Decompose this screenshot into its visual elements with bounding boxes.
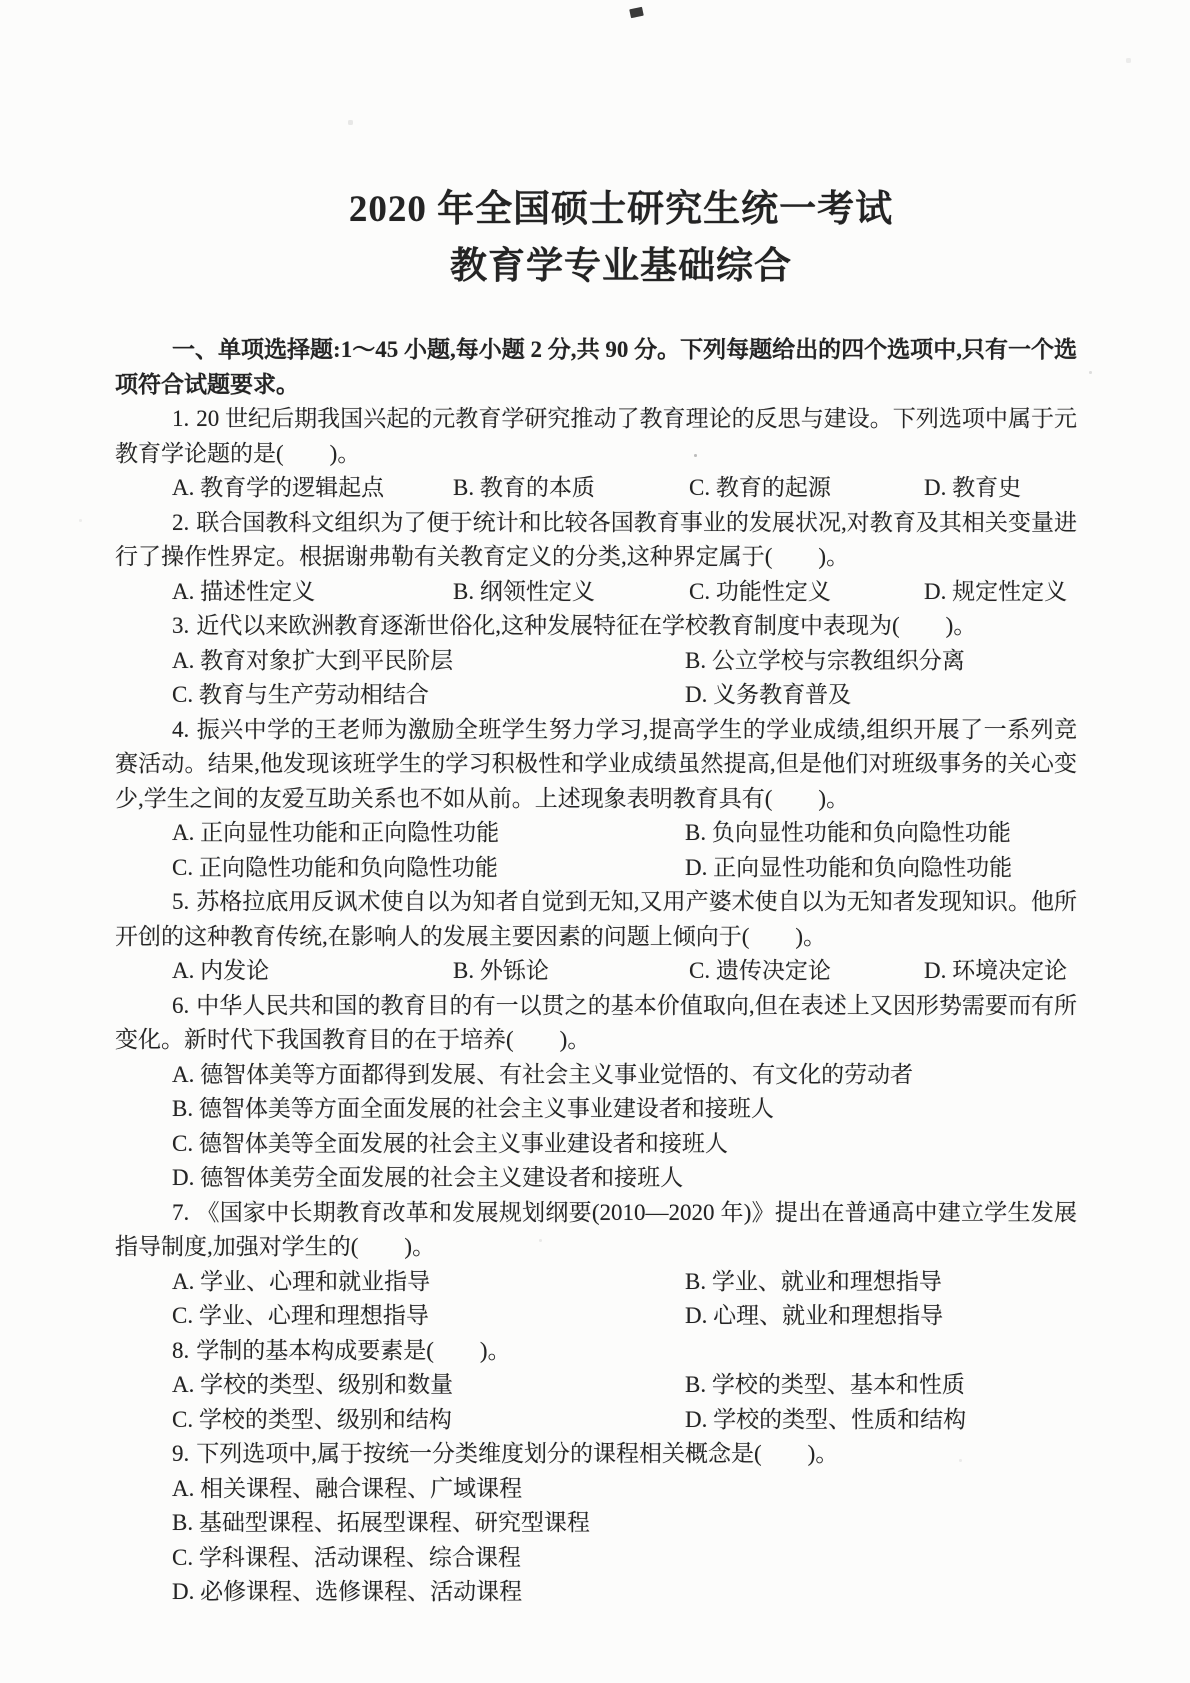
option-row: C. 教育与生产劳动相结合D. 义务教育普及	[115, 678, 1077, 713]
option-C: C. 学科课程、活动课程、综合课程	[172, 1541, 1077, 1576]
option-D: D. 学校的类型、性质和结构	[685, 1403, 1077, 1438]
option-row: A. 正向显性功能和正向隐性功能B. 负向显性功能和负向隐性功能	[115, 816, 1077, 851]
question-number: 1.	[172, 406, 189, 431]
question-stem-text: 《国家中长期教育改革和发展规划纲要(2010—2020 年)》提出在普通高中建立…	[115, 1200, 1077, 1260]
option-D: D. 教育史	[924, 471, 1077, 506]
question-stem: 1.20 世纪后期我国兴起的元教育学研究推动了教育理论的反思与建设。下列选项中属…	[115, 402, 1077, 471]
option-D: D. 必修课程、选修课程、活动课程	[172, 1575, 1077, 1610]
option-A: A. 德智体美等方面都得到发展、有社会主义事业觉悟的、有文化的劳动者	[172, 1058, 1077, 1093]
option-C: C. 学业、心理和理想指导	[172, 1299, 685, 1334]
option-C: C. 正向隐性功能和负向隐性功能	[172, 851, 685, 886]
option-B: B. 外铄论	[453, 954, 689, 989]
question-stem: 8.学制的基本构成要素是( )。	[115, 1334, 1077, 1369]
option-row: A. 描述性定义B. 纲领性定义C. 功能性定义D. 规定性定义	[115, 575, 1077, 610]
option-row: C. 德智体美等全面发展的社会主义事业建设者和接班人	[115, 1127, 1077, 1162]
question-2: 2.联合国教科文组织为了便于统计和比较各国教育事业的发展状况,对教育及其相关变量…	[115, 506, 1077, 610]
question-number: 2.	[172, 510, 189, 535]
question-5: 5.苏格拉底用反讽术使自以为知者自觉到无知,又用产婆术使自以为无知者发现知识。他…	[115, 885, 1077, 989]
option-D: D. 环境决定论	[924, 954, 1077, 989]
question-4: 4.振兴中学的王老师为激励全班学生努力学习,提高学生的学业成绩,组织开展了一系列…	[115, 713, 1077, 886]
option-B: B. 公立学校与宗教组织分离	[685, 644, 1077, 679]
exam-page: 2020 年全国硕士研究生统一考试 教育学专业基础综合 一、单项选择题:1～45…	[0, 0, 1190, 1683]
option-row: D. 必修课程、选修课程、活动课程	[115, 1575, 1077, 1610]
option-B: B. 学校的类型、基本和性质	[685, 1368, 1077, 1403]
option-D: D. 义务教育普及	[685, 678, 1077, 713]
scan-noise	[0, 0, 1, 1]
question-stem: 5.苏格拉底用反讽术使自以为知者自觉到无知,又用产婆术使自以为无知者发现知识。他…	[115, 885, 1077, 954]
question-number: 9.	[172, 1441, 189, 1466]
exam-title-line2: 教育学专业基础综合	[140, 245, 1102, 289]
question-stem-text: 20 世纪后期我国兴起的元教育学研究推动了教育理论的反思与建设。下列选项中属于元…	[115, 406, 1077, 466]
option-C: C. 功能性定义	[689, 575, 924, 610]
option-D: D. 规定性定义	[924, 575, 1077, 610]
option-row: A. 内发论B. 外铄论C. 遗传决定论D. 环境决定论	[115, 954, 1077, 989]
title-block: 2020 年全国硕士研究生统一考试 教育学专业基础综合	[140, 188, 1102, 289]
option-row: A. 教育学的逻辑起点B. 教育的本质C. 教育的起源D. 教育史	[115, 471, 1077, 506]
option-B: B. 纲领性定义	[453, 575, 689, 610]
option-A: A. 教育学的逻辑起点	[172, 471, 453, 506]
question-stem: 7.《国家中长期教育改革和发展规划纲要(2010—2020 年)》提出在普通高中…	[115, 1196, 1077, 1265]
section-header: 一、单项选择题:1～45 小题,每小题 2 分,共 90 分。下列每题给出的四个…	[115, 333, 1077, 402]
question-stem-text: 近代以来欧洲教育逐渐世俗化,这种发展特征在学校教育制度中表现为( )。	[196, 613, 976, 638]
option-B: B. 基础型课程、拓展型课程、研究型课程	[172, 1506, 1077, 1541]
option-A: A. 描述性定义	[172, 575, 453, 610]
option-B: B. 学业、就业和理想指导	[685, 1265, 1077, 1300]
scan-artifact	[629, 7, 644, 19]
option-A: A. 学业、心理和就业指导	[172, 1265, 685, 1300]
question-stem-text: 学制的基本构成要素是( )。	[196, 1338, 510, 1363]
option-C: C. 德智体美等全面发展的社会主义事业建设者和接班人	[172, 1127, 1077, 1162]
option-row: C. 学校的类型、级别和结构D. 学校的类型、性质和结构	[115, 1403, 1077, 1438]
option-C: C. 学校的类型、级别和结构	[172, 1403, 685, 1438]
question-number: 7.	[172, 1200, 189, 1225]
option-A: A. 内发论	[172, 954, 453, 989]
question-stem: 6.中华人民共和国的教育目的有一以贯之的基本价值取向,但在表述上又因形势需要而有…	[115, 989, 1077, 1058]
option-row: A. 学校的类型、级别和数量B. 学校的类型、基本和性质	[115, 1368, 1077, 1403]
option-row: C. 学业、心理和理想指导D. 心理、就业和理想指导	[115, 1299, 1077, 1334]
option-row: B. 德智体美等方面全面发展的社会主义事业建设者和接班人	[115, 1092, 1077, 1127]
option-row: D. 德智体美劳全面发展的社会主义建设者和接班人	[115, 1161, 1077, 1196]
question-number: 8.	[172, 1338, 189, 1363]
question-number: 4.	[172, 717, 189, 742]
option-C: C. 教育与生产劳动相结合	[172, 678, 685, 713]
question-stem-text: 中华人民共和国的教育目的有一以贯之的基本价值取向,但在表述上又因形势需要而有所变…	[115, 993, 1077, 1053]
question-1: 1.20 世纪后期我国兴起的元教育学研究推动了教育理论的反思与建设。下列选项中属…	[115, 402, 1077, 506]
question-3: 3.近代以来欧洲教育逐渐世俗化,这种发展特征在学校教育制度中表现为( )。A. …	[115, 609, 1077, 713]
option-row: B. 基础型课程、拓展型课程、研究型课程	[115, 1506, 1077, 1541]
question-9: 9.下列选项中,属于按统一分类维度划分的课程相关概念是( )。A. 相关课程、融…	[115, 1437, 1077, 1610]
question-stem-text: 联合国教科文组织为了便于统计和比较各国教育事业的发展状况,对教育及其相关变量进行…	[115, 510, 1077, 570]
page-content: 2020 年全国硕士研究生统一考试 教育学专业基础综合 一、单项选择题:1～45…	[115, 188, 1077, 1610]
option-row: C. 学科课程、活动课程、综合课程	[115, 1541, 1077, 1576]
option-A: A. 教育对象扩大到平民阶层	[172, 644, 685, 679]
option-B: B. 德智体美等方面全面发展的社会主义事业建设者和接班人	[172, 1092, 1077, 1127]
question-number: 5.	[172, 889, 189, 914]
question-number: 6.	[172, 993, 189, 1018]
question-stem: 3.近代以来欧洲教育逐渐世俗化,这种发展特征在学校教育制度中表现为( )。	[115, 609, 1077, 644]
option-A: A. 相关课程、融合课程、广域课程	[172, 1472, 1077, 1507]
question-stem: 2.联合国教科文组织为了便于统计和比较各国教育事业的发展状况,对教育及其相关变量…	[115, 506, 1077, 575]
question-stem-text: 下列选项中,属于按统一分类维度划分的课程相关概念是( )。	[196, 1441, 838, 1466]
option-row: A. 教育对象扩大到平民阶层B. 公立学校与宗教组织分离	[115, 644, 1077, 679]
questions-list: 1.20 世纪后期我国兴起的元教育学研究推动了教育理论的反思与建设。下列选项中属…	[115, 402, 1077, 1610]
question-8: 8.学制的基本构成要素是( )。A. 学校的类型、级别和数量B. 学校的类型、基…	[115, 1334, 1077, 1438]
question-stem-text: 苏格拉底用反讽术使自以为知者自觉到无知,又用产婆术使自以为无知者发现知识。他所开…	[115, 889, 1077, 949]
exam-title-line1: 2020 年全国硕士研究生统一考试	[140, 188, 1102, 232]
option-C: C. 遗传决定论	[689, 954, 924, 989]
question-6: 6.中华人民共和国的教育目的有一以贯之的基本价值取向,但在表述上又因形势需要而有…	[115, 989, 1077, 1196]
question-stem-text: 振兴中学的王老师为激励全班学生努力学习,提高学生的学业成绩,组织开展了一系列竞赛…	[115, 717, 1077, 811]
option-D: D. 德智体美劳全面发展的社会主义建设者和接班人	[172, 1161, 1077, 1196]
question-7: 7.《国家中长期教育改革和发展规划纲要(2010—2020 年)》提出在普通高中…	[115, 1196, 1077, 1334]
option-row: A. 相关课程、融合课程、广域课程	[115, 1472, 1077, 1507]
question-number: 3.	[172, 613, 189, 638]
option-row: A. 德智体美等方面都得到发展、有社会主义事业觉悟的、有文化的劳动者	[115, 1058, 1077, 1093]
option-C: C. 教育的起源	[689, 471, 924, 506]
question-stem: 9.下列选项中,属于按统一分类维度划分的课程相关概念是( )。	[115, 1437, 1077, 1472]
option-A: A. 学校的类型、级别和数量	[172, 1368, 685, 1403]
question-stem: 4.振兴中学的王老师为激励全班学生努力学习,提高学生的学业成绩,组织开展了一系列…	[115, 713, 1077, 817]
option-D: D. 正向显性功能和负向隐性功能	[685, 851, 1077, 886]
option-B: B. 教育的本质	[453, 471, 689, 506]
option-D: D. 心理、就业和理想指导	[685, 1299, 1077, 1334]
option-A: A. 正向显性功能和正向隐性功能	[172, 816, 685, 851]
option-row: A. 学业、心理和就业指导B. 学业、就业和理想指导	[115, 1265, 1077, 1300]
option-row: C. 正向隐性功能和负向隐性功能D. 正向显性功能和负向隐性功能	[115, 851, 1077, 886]
option-B: B. 负向显性功能和负向隐性功能	[685, 816, 1077, 851]
